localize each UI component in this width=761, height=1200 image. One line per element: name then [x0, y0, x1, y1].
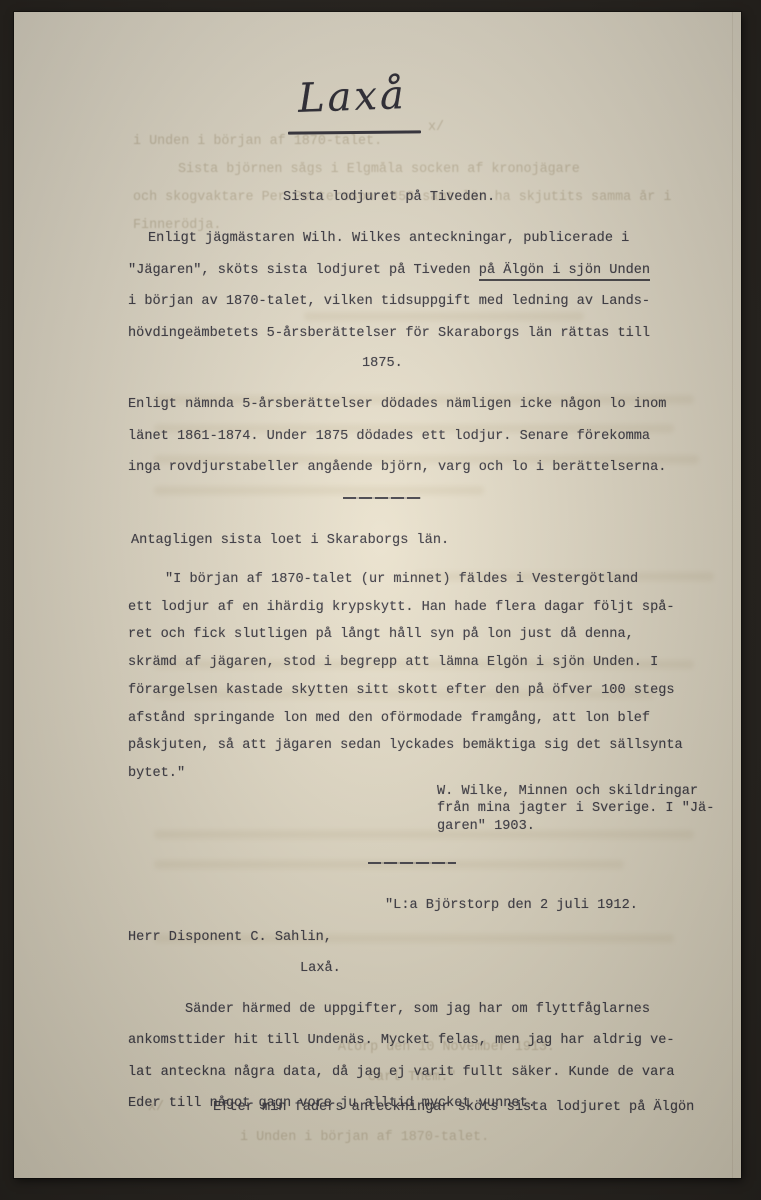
text-line: ett lodjur af en ihärdig krypskytt. Han …: [128, 594, 683, 622]
text-line: ankomsttider hit till Undenäs. Mycket fe…: [128, 1025, 675, 1056]
text-line: Enligt nämnda 5-årsberättelser dödades n…: [128, 389, 666, 421]
letter-place: Laxå.: [300, 961, 341, 976]
letter-recipient: Herr Disponent C. Sahlin,: [128, 930, 332, 945]
handwritten-title: Laxå: [297, 72, 407, 122]
text-line: "Jägaren", sköts sista lodjuret på Tived…: [128, 255, 650, 287]
text-line: lat anteckna några data, då jag ej varit…: [128, 1057, 675, 1088]
text-line: påskjuten, så att jägaren sedan lyckades…: [128, 732, 683, 760]
text-line: W. Wilke, Minnen och skildringar: [437, 783, 714, 800]
text-line: från mina jagter i Sverige. I "Jä-: [437, 800, 714, 817]
document-heading: Sista lodjuret på Tiveden.: [283, 190, 495, 205]
underlined-text: på Älgön i sjön Unden: [479, 263, 650, 281]
quote-paragraph: "I början af 1870-talet (ur minnet) fäld…: [128, 566, 683, 788]
bleedthrough-text: Sista björnen sågs i Elgmåla socken af k…: [178, 162, 580, 177]
text-line: hövdingeämbetets 5-årsberättelser för Sk…: [128, 318, 650, 350]
text-line: "I början af 1870-talet (ur minnet) fäld…: [128, 566, 683, 594]
photo-mount: x/i Unden i början af 1870-talet.Sista b…: [0, 0, 761, 1200]
bleedthrough-text: x/: [428, 120, 444, 135]
text-line: inga rovdjurstabeller angående björn, va…: [128, 452, 666, 484]
year-line: 1875.: [362, 356, 403, 371]
text-line: förargelsen kastade skytten sitt skott e…: [128, 677, 683, 705]
text-segment: "Jägaren", sköts sista lodjuret på Tived…: [128, 263, 479, 278]
letter-dateline: "L:a Björstorp den 2 juli 1912.: [385, 898, 638, 913]
text-line: ret och fick slutligen på långt håll syn…: [128, 621, 683, 649]
source-citation: W. Wilke, Minnen och skildringar från mi…: [437, 783, 714, 835]
text-line: garen" 1903.: [437, 818, 714, 835]
text-line: skrämd af jägaren, stod i begrepp att lä…: [128, 649, 683, 677]
text-line: Enligt jägmästaren Wilh. Wilkes anteckni…: [128, 223, 650, 255]
paragraph-intro: Enligt jägmästaren Wilh. Wilkes anteckni…: [128, 223, 650, 349]
letter-closing-line: Efter min faders anteckningar sköts sist…: [213, 1100, 694, 1115]
subheading: Antagligen sista loet i Skaraborgs län.: [131, 533, 449, 548]
bleedthrough-text: i Unden i början af 1870-talet.: [240, 1130, 489, 1145]
bleedthrough-text: i Unden i början af 1870-talet.: [133, 134, 382, 149]
text-line: i början av 1870-talet, vilken tidsuppgi…: [128, 286, 650, 318]
text-line: länet 1861-1874. Under 1875 dödades ett …: [128, 421, 666, 453]
section-divider: [368, 862, 456, 864]
section-divider: [343, 497, 421, 499]
text-line: afstånd springande lon med den oförmodad…: [128, 705, 683, 733]
paragraph-statistics: Enligt nämnda 5-årsberättelser dödades n…: [128, 389, 666, 484]
text-line: Sänder härmed de uppgifter, som jag har …: [128, 994, 675, 1025]
